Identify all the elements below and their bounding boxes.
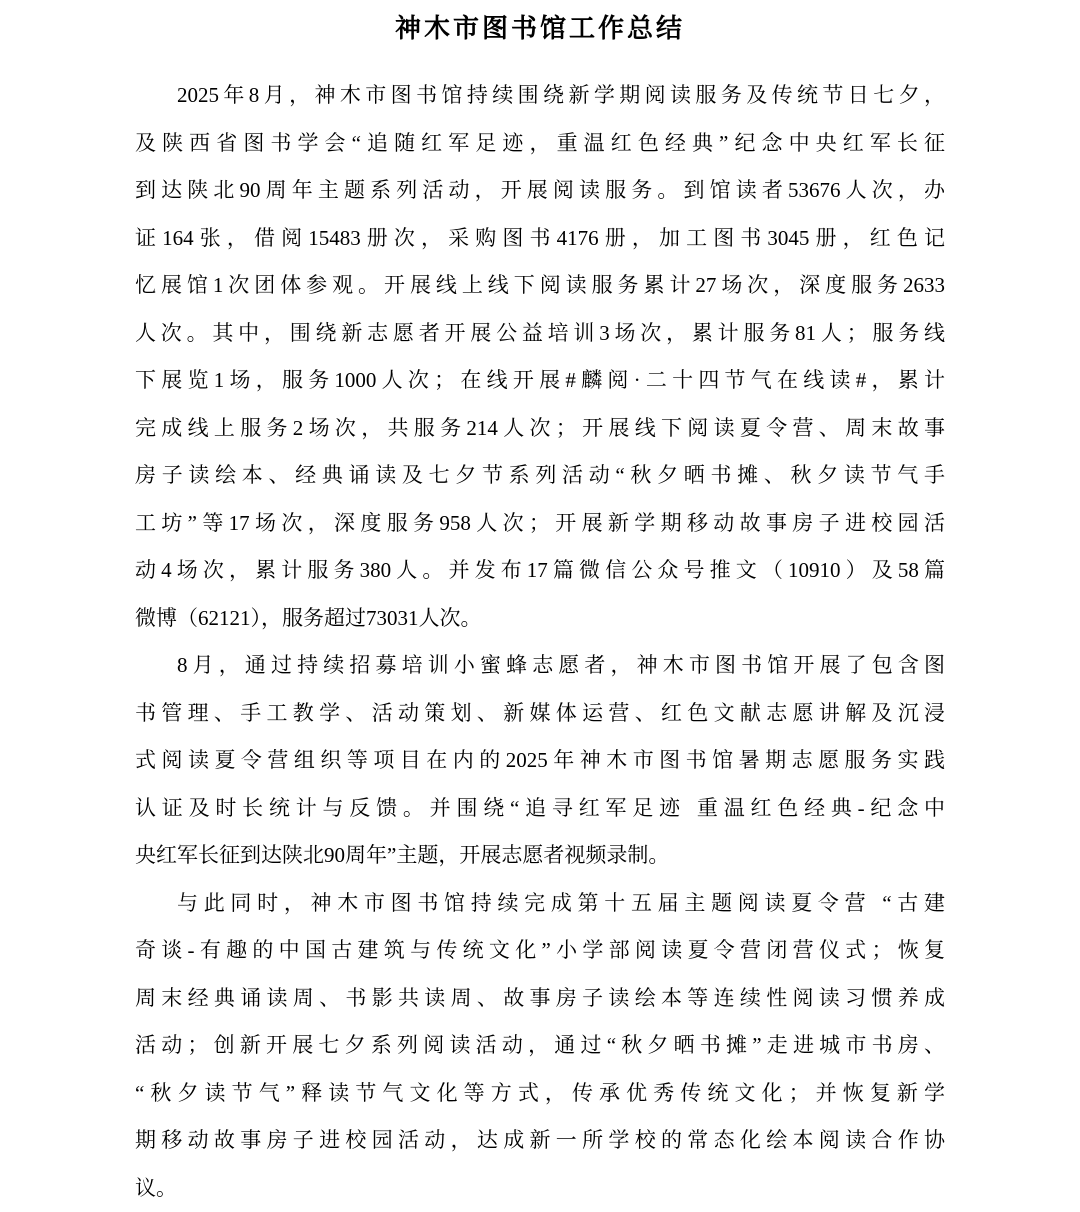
text-line: 微博（62121），服务超过73031人次。 [135, 595, 945, 643]
text-line: 人次。其中，围绕新志愿者开展公益培训3场次，累计服务81人；服务线 [135, 310, 945, 358]
document-body: 2025年8月，神木市图书馆持续围绕新学期阅读服务及传统节日七夕，及陕西省图书学… [135, 72, 945, 1212]
text-line: 房子读绘本、经典诵读及七夕节系列活动“秋夕晒书摊、秋夕读节气手 [135, 452, 945, 500]
text-line: 认证及时长统计与反馈。并围绕“追寻红军足迹 重温红色经典-纪念中 [135, 785, 945, 833]
text-line: 议。 [135, 1165, 945, 1212]
text-line: 与此同时，神木市图书馆持续完成第十五届主题阅读夏令营 “古建 [135, 880, 945, 928]
text-line: 证164张，借阅15483册次，采购图书4176册，加工图书3045册，红色记 [135, 215, 945, 263]
text-line: 周末经典诵读周、书影共读周、故事房子读绘本等连续性阅读习惯养成 [135, 975, 945, 1023]
text-line: 期移动故事房子进校园活动，达成新一所学校的常态化绘本阅读合作协 [135, 1117, 945, 1165]
text-line: 下展览1场，服务1000人次；在线开展#麟阅·二十四节气在线读#，累计 [135, 357, 945, 405]
text-line: 央红军长征到达陕北90周年”主题，开展志愿者视频录制。 [135, 832, 945, 880]
paragraph: 8月，通过持续招募培训小蜜蜂志愿者，神木市图书馆开展了包含图书管理、手工教学、活… [135, 642, 945, 880]
paragraph: 与此同时，神木市图书馆持续完成第十五届主题阅读夏令营 “古建奇谈-有趣的中国古建… [135, 880, 945, 1212]
text-line: 到达陕北90周年主题系列活动，开展阅读服务。到馆读者53676人次，办 [135, 167, 945, 215]
text-line: 工坊”等17场次，深度服务958人次；开展新学期移动故事房子进校园活 [135, 500, 945, 548]
text-line: 及陕西省图书学会“追随红军足迹，重温红色经典”纪念中央红军长征 [135, 120, 945, 168]
text-line: 书管理、手工教学、活动策划、新媒体运营、红色文献志愿讲解及沉浸 [135, 690, 945, 738]
document-page: 神木市图书馆工作总结 2025年8月，神木市图书馆持续围绕新学期阅读服务及传统节… [135, 0, 945, 1212]
text-line: 2025年8月，神木市图书馆持续围绕新学期阅读服务及传统节日七夕， [135, 72, 945, 120]
text-line: 动4场次，累计服务380人。并发布17篇微信公众号推文（10910）及58篇 [135, 547, 945, 595]
text-line: 忆展馆1次团体参观。开展线上线下阅读服务累计27场次，深度服务2633 [135, 262, 945, 310]
text-line: 8月，通过持续招募培训小蜜蜂志愿者，神木市图书馆开展了包含图 [135, 642, 945, 690]
paragraph: 2025年8月，神木市图书馆持续围绕新学期阅读服务及传统节日七夕，及陕西省图书学… [135, 72, 945, 642]
text-line: 奇谈-有趣的中国古建筑与传统文化”小学部阅读夏令营闭营仪式；恢复 [135, 927, 945, 975]
document-title: 神木市图书馆工作总结 [135, 12, 945, 46]
text-line: “秋夕读节气”释读节气文化等方式，传承优秀传统文化；并恢复新学 [135, 1070, 945, 1118]
text-line: 完成线上服务2场次，共服务214人次；开展线下阅读夏令营、周末故事 [135, 405, 945, 453]
text-line: 活动；创新开展七夕系列阅读活动，通过“秋夕晒书摊”走进城市书房、 [135, 1022, 945, 1070]
text-line: 式阅读夏令营组织等项目在内的2025年神木市图书馆暑期志愿服务实践 [135, 737, 945, 785]
